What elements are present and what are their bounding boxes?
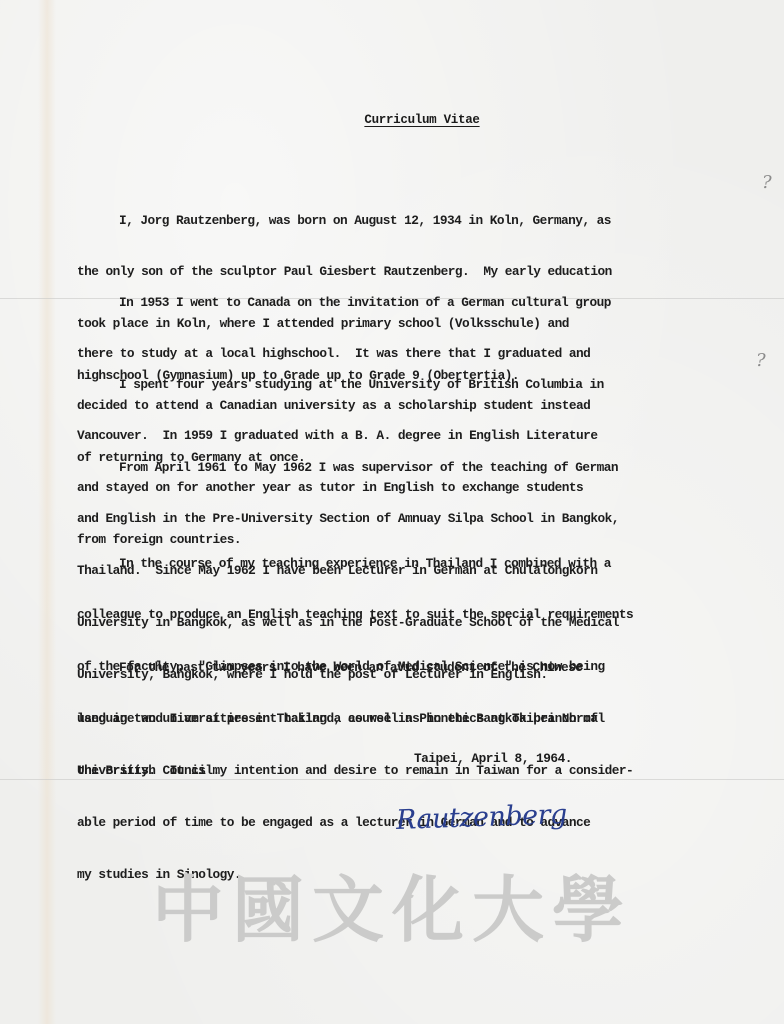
handwritten-signature: Rautzenberg <box>396 799 568 836</box>
text-line: I, Jorg Rautzenberg, was born on August … <box>77 212 757 229</box>
text-line: language and I am at present taking a co… <box>77 710 757 727</box>
document-title-text: Curriculum Vitae <box>304 113 479 127</box>
paper-stain <box>38 0 56 1024</box>
scanned-page: Curriculum Vitae I, Jorg Rautzenberg, wa… <box>0 0 784 1024</box>
text-line: From April 1961 to May 1962 I was superv… <box>77 459 757 476</box>
university-watermark: 中國文化大學 <box>152 852 652 956</box>
document-title: Curriculum Vitae <box>0 113 784 127</box>
text-line: colleague to produce an English teaching… <box>77 606 757 623</box>
dateline: Taipei, April 8, 1964. <box>414 751 572 766</box>
margin-question-mark: ? <box>762 172 772 193</box>
text-line: For the past two years I have been an av… <box>77 659 757 676</box>
text-line: In 1953 I went to Canada on the invitati… <box>77 294 757 311</box>
text-line: I spent four years studying at the Unive… <box>77 376 757 393</box>
text-line: In the course of my teaching experience … <box>77 555 757 572</box>
margin-question-mark: ? <box>756 350 766 371</box>
